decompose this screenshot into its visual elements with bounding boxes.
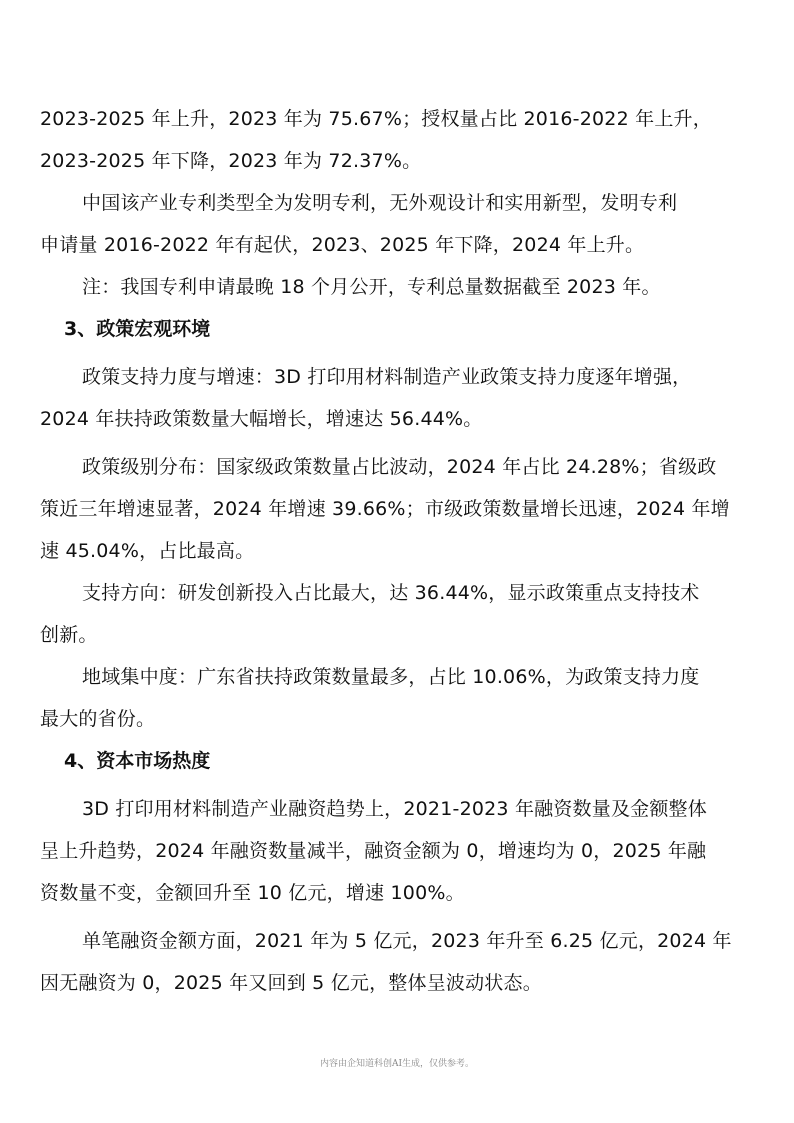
section-heading-capital: 4、资本市场热度 [40, 740, 750, 782]
text-line: 最大的省份。 [40, 698, 750, 740]
text-line: 2023-2025 年上升，2023 年为 75.67%；授权量占比 2016-… [40, 98, 750, 140]
text-line: 速 45.04%，占比最高。 [40, 530, 750, 572]
text-line: 注：我国专利申请最晚 18 个月公开，专利总量数据截至 2023 年。 [40, 266, 750, 308]
paragraph-patent-type: 中国该产业专利类型全为发明专利，无外观设计和实用新型，发明专利 申请量 2016… [40, 182, 750, 266]
paragraph-note: 注：我国专利申请最晚 18 个月公开，专利总量数据截至 2023 年。 [40, 266, 750, 308]
text-line: 因无融资为 0，2025 年又回到 5 亿元，整体呈波动状态。 [40, 962, 750, 1004]
paragraph-policy-strength: 政策支持力度与增速：3D 打印用材料制造产业政策支持力度逐年增强， 2024 年… [40, 356, 750, 440]
document-page: 2023-2025 年上升，2023 年为 75.67%；授权量占比 2016-… [40, 98, 750, 1004]
section-heading-policy: 3、政策宏观环境 [40, 308, 750, 350]
text-line: 中国该产业专利类型全为发明专利，无外观设计和实用新型，发明专利 [40, 182, 750, 224]
paragraph-financing-trend: 3D 打印用材料制造产业融资趋势上，2021-2023 年融资数量及金额整体 呈… [40, 788, 750, 914]
text-line: 地域集中度：广东省扶持政策数量最多，占比 10.06%，为政策支持力度 [40, 656, 750, 698]
text-line: 政策支持力度与增速：3D 打印用材料制造产业政策支持力度逐年增强， [40, 356, 750, 398]
text-line: 呈上升趋势，2024 年融资数量减半，融资金额为 0，增速均为 0，2025 年… [40, 830, 750, 872]
text-line: 申请量 2016-2022 年有起伏，2023、2025 年下降，2024 年上… [40, 224, 750, 266]
paragraph-support-direction: 支持方向：研发创新投入占比最大，达 36.44%，显示政策重点支持技术 创新。 [40, 572, 750, 656]
text-line: 创新。 [40, 614, 750, 656]
text-line: 策近三年增速显著，2024 年增速 39.66%；市级政策数量增长迅速，2024… [40, 488, 750, 530]
text-line: 资数量不变，金额回升至 10 亿元，增速 100%。 [40, 872, 750, 914]
text-line: 政策级别分布：国家级政策数量占比波动，2024 年占比 24.28%；省级政 [40, 446, 750, 488]
paragraph-patent-share: 2023-2025 年上升，2023 年为 75.67%；授权量占比 2016-… [40, 98, 750, 182]
paragraph-policy-level: 政策级别分布：国家级政策数量占比波动，2024 年占比 24.28%；省级政 策… [40, 446, 750, 572]
paragraph-single-financing: 单笔融资金额方面，2021 年为 5 亿元，2023 年升至 6.25 亿元，2… [40, 920, 750, 1004]
text-line: 2024 年扶持政策数量大幅增长，增速达 56.44%。 [40, 398, 750, 440]
text-line: 2023-2025 年下降，2023 年为 72.37%。 [40, 140, 750, 182]
text-line: 单笔融资金额方面，2021 年为 5 亿元，2023 年升至 6.25 亿元，2… [40, 920, 750, 962]
ai-disclaimer-footer: 内容由企知道科创AI生成，仅供参考。 [0, 1056, 794, 1069]
text-line: 支持方向：研发创新投入占比最大，达 36.44%，显示政策重点支持技术 [40, 572, 750, 614]
text-line: 3D 打印用材料制造产业融资趋势上，2021-2023 年融资数量及金额整体 [40, 788, 750, 830]
paragraph-regional-concentration: 地域集中度：广东省扶持政策数量最多，占比 10.06%，为政策支持力度 最大的省… [40, 656, 750, 740]
